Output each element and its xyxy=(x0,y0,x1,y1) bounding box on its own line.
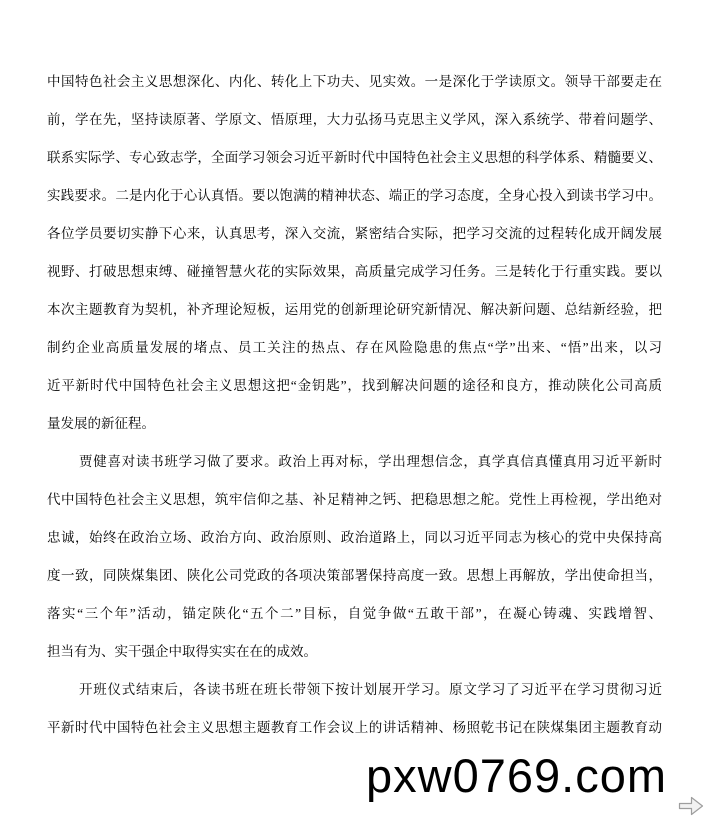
next-page-arrow-icon[interactable] xyxy=(678,794,704,818)
text-line: 本次主题教育为契机，补齐理论短板，运用党的创新理论研究新情况、解决新问题、总结新… xyxy=(47,291,662,329)
text-line: 实践要求。二是内化于心认真悟。要以饱满的精神状态、端正的学习态度，全身心投入到读… xyxy=(47,177,662,215)
text-line: 近平新时代中国特色社会主义思想这把“金钥匙”，找到解决问题的途径和良方，推动陕化… xyxy=(47,367,662,405)
watermark-text: pxw0769.com xyxy=(366,748,667,804)
text-line: 视野、打破思想束缚、碰撞智慧火花的实际效果，高质量完成学习任务。三是转化于行重实… xyxy=(47,253,662,291)
text-line: 平新时代中国特色社会主义思想主题教育工作会议上的讲话精神、杨照乾书记在陕煤集团主… xyxy=(47,709,662,747)
text-line: 贾健喜对读书班学习做了要求。政治上再对标，学出理想信念，真学真信真懂真用习近平新… xyxy=(47,443,662,481)
document-text: 中国特色社会主义思想深化、内化、转化上下功夫、见实效。一是深化于学读原文。领导干… xyxy=(47,63,662,747)
text-line: 联系实际学、专心致志学，全面学习领会习近平新时代中国特色社会主义思想的科学体系、… xyxy=(47,139,662,177)
document-page: 中国特色社会主义思想深化、内化、转化上下功夫、见实效。一是深化于学读原文。领导干… xyxy=(0,0,708,825)
text-line: 担当有为、实干强企中取得实实在在的成效。 xyxy=(47,633,662,671)
text-line: 开班仪式结束后，各读书班在班长带领下按计划展开学习。原文学习了习近平在学习贯彻习… xyxy=(47,671,662,709)
text-line: 各位学员要切实静下心来，认真思考，深入交流，紧密结合实际，把学习交流的过程转化成… xyxy=(47,215,662,253)
text-line: 代中国特色社会主义思想，筑牢信仰之基、补足精神之钙、把稳思想之舵。党性上再检视，… xyxy=(47,481,662,519)
text-line: 度一致，同陕煤集团、陕化公司党政的各项决策部署保持高度一致。思想上再解放，学出使… xyxy=(47,557,662,595)
text-line: 前，学在先，坚持读原著、学原文、悟原理，大力弘扬马克思主义学风，深入系统学、带着… xyxy=(47,101,662,139)
text-line: 忠诚，始终在政治立场、政治方向、政治原则、政治道路上，同以习近平同志为核心的党中… xyxy=(47,519,662,557)
text-line: 量发展的新征程。 xyxy=(47,405,662,443)
text-line: 落实“三个年”活动，锚定陕化“五个二”目标，自觉争做“五敢干部”，在凝心铸魂、实… xyxy=(47,595,662,633)
text-line: 制约企业高质量发展的堵点、员工关注的热点、存在风险隐患的焦点“学”出来、“悟”出… xyxy=(47,329,662,367)
text-line: 中国特色社会主义思想深化、内化、转化上下功夫、见实效。一是深化于学读原文。领导干… xyxy=(47,63,662,101)
